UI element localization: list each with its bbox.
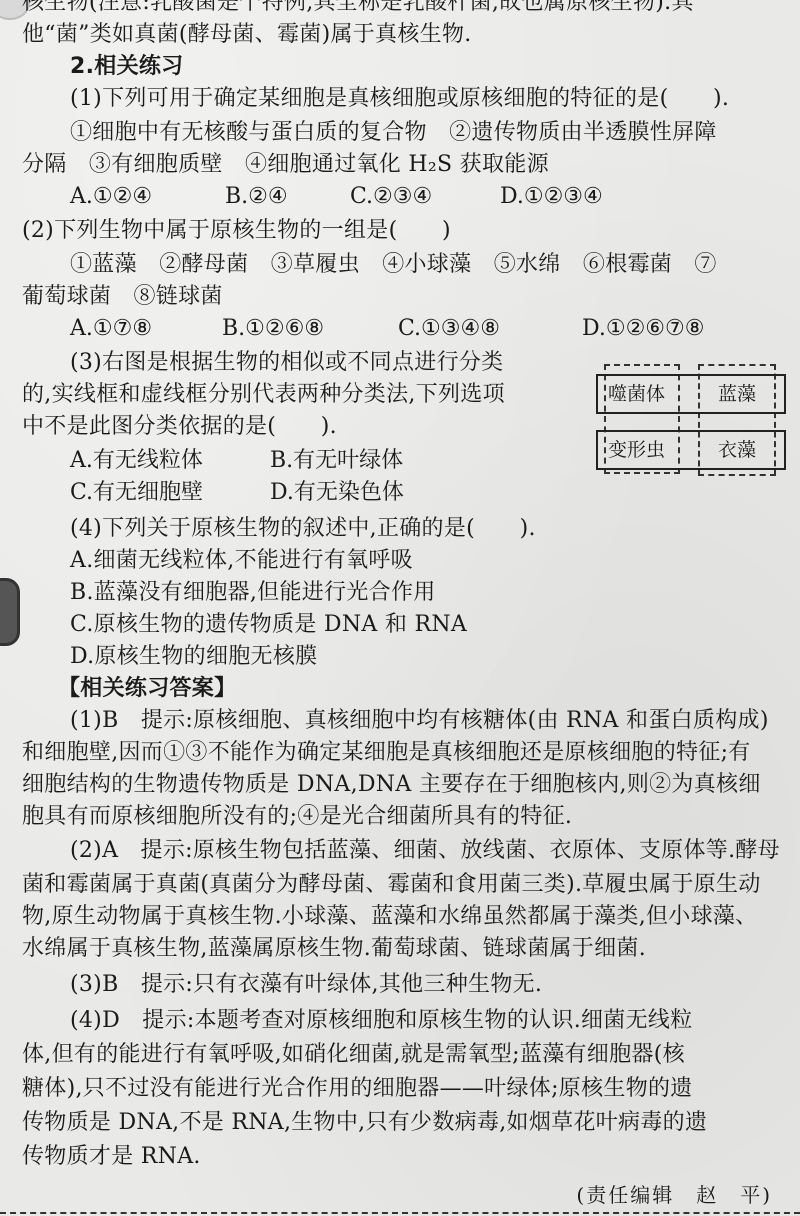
answer-2-line-4: 水绵属于真核生物,蓝藻属原核生物.葡萄球菌、链球菌属于细菌.	[22, 932, 782, 966]
q1-items-line-1: ①细胞中有无核酸与蛋白质的复合物 ②遗传物质由半透膜性屏障	[70, 116, 782, 150]
answer-1-line-1: (1)B 提示:原核细胞、真核细胞中均有核糖体(由 RNA 和蛋白质构成)	[70, 704, 782, 738]
q3-option-d: D.有无染色体	[270, 476, 404, 510]
answer-2-line-3: 物,原生动物属于真核生物.小球藻、蓝藻和水绵虽然都属于藻类,但小球藻、	[22, 900, 782, 934]
q2-items-line-2: 葡萄球菌 ⑧链球菌	[22, 280, 782, 314]
answer-4-line-1: (4)D 提示:本题考查对原核细胞和原核生物的认识.细菌无线粒	[70, 1004, 782, 1038]
q4-stem: (4)下列关于原核生物的叙述中,正确的是( ).	[70, 512, 782, 546]
q2-option-b: B.①②⑥⑧	[222, 312, 324, 346]
q2-option-d: D.①②⑥⑦⑧	[582, 312, 704, 346]
answers-title: 【相关练习答案】	[58, 672, 782, 706]
q4-option-b: B.蓝藻没有细胞器,但能进行光合作用	[70, 576, 782, 610]
answer-1-line-3: 细胞结构的生物遗传物质是 DNA,DNA 主要存在于细胞核内,则②为真核细	[22, 768, 782, 802]
diagram-cell-cyanobacteria: 蓝藻	[718, 382, 756, 406]
answer-1-line-4: 胞具有而原核细胞所没有的;④是光合细菌所具有的特征.	[22, 800, 782, 834]
answer-4-line-2: 体,但有的能进行有氧呼吸,如硝化细菌,就是需氧型;蓝藻有细胞器(核	[22, 1038, 782, 1072]
q2-items-line-1: ①蓝藻 ②酵母菌 ③草履虫 ④小球藻 ⑤水绵 ⑥根霉菌 ⑦	[70, 248, 782, 282]
diagram-cell-amoeba: 变形虫	[608, 438, 665, 462]
bottom-rule	[0, 1212, 800, 1214]
editor-credit: (责任编辑 赵 平)	[576, 1178, 772, 1212]
q2-option-a: A.①⑦⑧	[70, 312, 152, 346]
q1-stem: (1)下列可用于确定某细胞是真核细胞或原核细胞的特征的是( ).	[70, 82, 782, 116]
answer-2-line-1: (2)A 提示:原核生物包括蓝藻、细菌、放线菌、衣原体、支原体等.酵母	[70, 834, 782, 868]
classification-diagram: 噬菌体 蓝藻 变形虫 衣藻	[596, 364, 792, 484]
answer-2-line-2: 菌和霉菌属于真菌(真菌分为酵母菌、霉菌和食用菌三类).草履虫属于原生动	[22, 868, 782, 902]
page-edge-tab-mark	[0, 578, 20, 646]
diagram-cell-chlamydomonas: 衣藻	[718, 438, 756, 462]
q2-stem: (2)下列生物中属于原核生物的一组是( )	[22, 214, 782, 248]
answer-4-line-5: 传物质才是 RNA.	[22, 1140, 782, 1174]
intro-line-1: 核生物(注意:乳酸菌是个特例,其全称是乳酸杆菌,故也属原核生物).其	[22, 0, 782, 20]
answer-1-line-2: 和细胞壁,因而①③不能作为确定某细胞是真核细胞还是原核细胞的特征;有	[22, 736, 782, 770]
q3-option-b: B.有无叶绿体	[270, 444, 403, 478]
q4-option-a: A.细菌无线粒体,不能进行有氧呼吸	[70, 544, 782, 578]
document-page: 核生物(注意:乳酸菌是个特例,其全称是乳酸杆菌,故也属原核生物).其 他“菌”类…	[0, 0, 800, 1216]
q1-option-d: D.①②③④	[500, 180, 603, 214]
answer-3-line-1: (3)B 提示:只有衣藻有叶绿体,其他三种生物无.	[70, 968, 782, 1002]
answer-4-line-3: 糖体),只不过没有能进行光合作用的细胞器——叶绿体;原核生物的遗	[22, 1072, 782, 1106]
q4-option-d: D.原核生物的细胞无核膜	[70, 640, 782, 674]
q3-option-a: A.有无线粒体	[70, 444, 203, 478]
q4-option-c: C.原核生物的遗传物质是 DNA 和 RNA	[70, 608, 782, 642]
q1-option-b: B.②④	[225, 180, 288, 214]
intro-line-2: 他“菌”类如真菌(酵母菌、霉菌)属于真核生物.	[22, 18, 782, 52]
q1-option-c: C.②③④	[350, 180, 432, 214]
q1-option-a: A.①②④	[70, 180, 152, 214]
q3-option-c: C.有无细胞壁	[70, 476, 203, 510]
answer-4-line-4: 传物质是 DNA,不是 RNA,生物中,只有少数病毒,如烟草花叶病毒的遗	[22, 1106, 782, 1140]
q1-items-line-2: 分隔 ③有细胞质壁 ④细胞通过氧化 H₂S 获取能源	[22, 148, 782, 182]
q2-option-c: C.①③④⑧	[398, 312, 500, 346]
diagram-cell-phage: 噬菌体	[608, 382, 665, 406]
section-title: 2.相关练习	[70, 50, 782, 84]
